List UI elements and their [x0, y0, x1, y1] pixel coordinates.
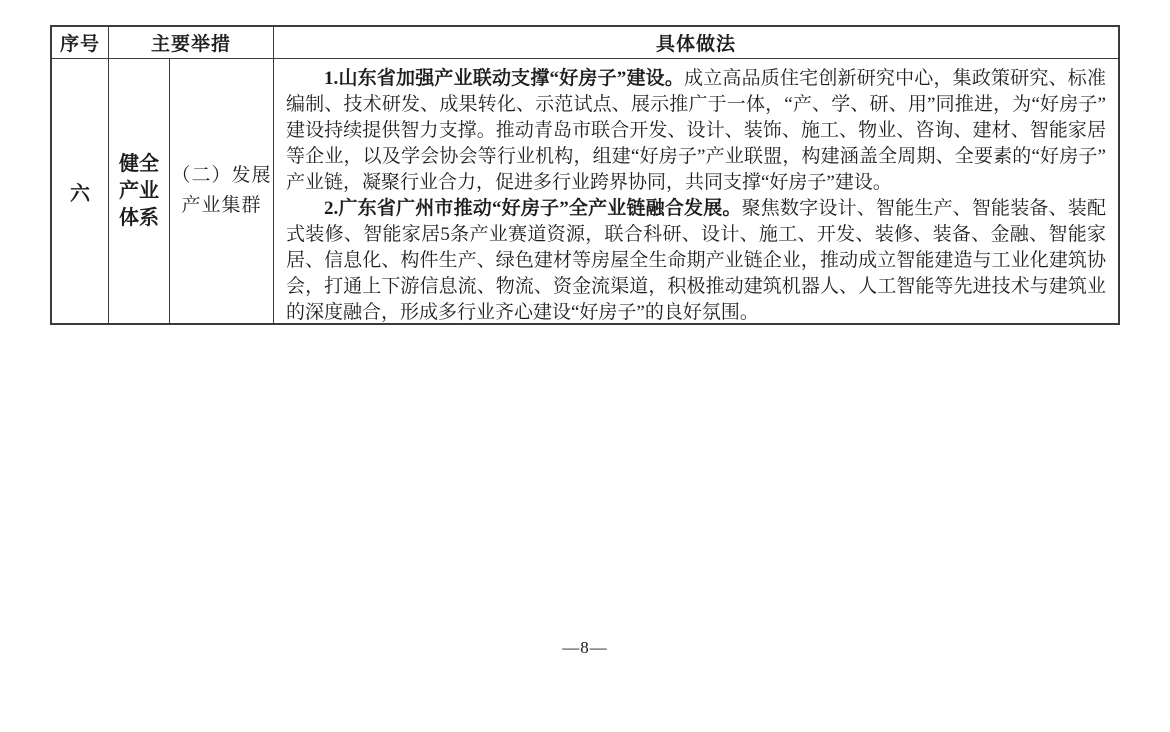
measure-label: 健全 产业 体系	[119, 151, 159, 232]
page-number: —8—	[0, 638, 1170, 658]
table-header-row: 序号 主要举措 具体做法	[52, 27, 1118, 59]
paragraph-lead-bold: 1.山东省加强产业联动支撑“好房子”建设。	[324, 68, 684, 89]
header-cell-measures: 主要举措	[109, 27, 274, 58]
table-body-row: 六 健全 产业 体系 （二）发展 产业集群 1.山东省加强产业联动支撑“好房子”…	[52, 59, 1118, 323]
submeasure-label: （二）发展 产业集群	[171, 161, 271, 221]
header-cell-practices: 具体做法	[274, 27, 1118, 58]
header-cell-serial: 序号	[52, 27, 109, 58]
cell-submeasure: （二）发展 产业集群	[170, 59, 274, 323]
cell-practice-details: 1.山东省加强产业联动支撑“好房子”建设。成立高品质住宅创新研究中心，集政策研究…	[274, 59, 1118, 323]
details-paragraph: 2.广东省广州市推动“好房子”全产业链融合发展。聚焦数字设计、智能生产、智能装备…	[286, 196, 1106, 323]
paragraph-lead-bold: 2.广东省广州市推动“好房子”全产业链融合发展。	[324, 198, 742, 219]
measures-table: 序号 主要举措 具体做法 六 健全 产业 体系 （二）发展 产业集群 1.山东省…	[50, 25, 1120, 325]
details-paragraph: 1.山东省加强产业联动支撑“好房子”建设。成立高品质住宅创新研究中心，集政策研究…	[286, 66, 1106, 196]
cell-measure: 健全 产业 体系	[109, 59, 170, 323]
document-page: 序号 主要举措 具体做法 六 健全 产业 体系 （二）发展 产业集群 1.山东省…	[0, 0, 1170, 732]
serial-number: 六	[70, 177, 90, 206]
cell-serial: 六	[52, 59, 109, 323]
